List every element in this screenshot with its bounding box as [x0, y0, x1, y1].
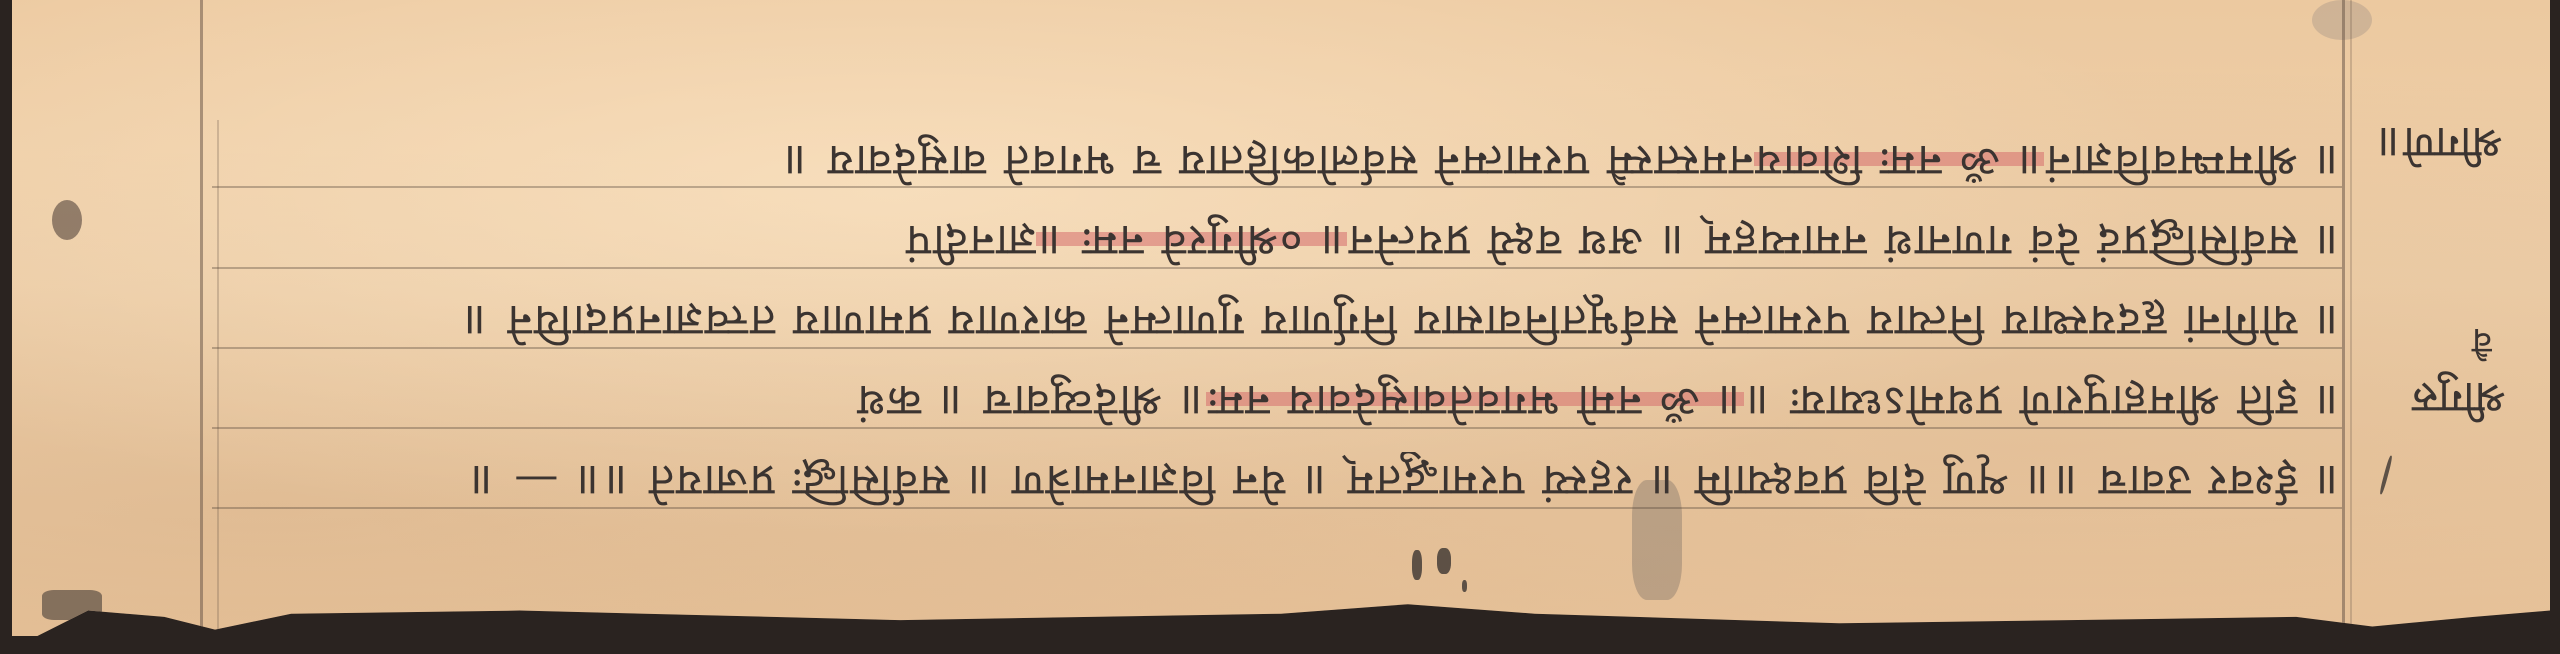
- text-line-1: ॥ श्रीमम्भवविज्ञानं ॥ ॐ नमः शिवाय नमस्तस…: [212, 132, 2342, 188]
- text-line-3: ॥ योगिनां हृदयस्थाय नित्याय परमात्मने सर…: [212, 292, 2342, 348]
- text-line-5: ॥ ईश्वर उवाच ॥ ॥ शृणु देवि प्रवक्ष्यामि …: [212, 452, 2342, 508]
- right-margin-rule-2: [2350, 0, 2352, 636]
- ink-stroke: [2379, 455, 2393, 495]
- ink-speck: [1462, 580, 1467, 592]
- paper-stain: [42, 590, 102, 620]
- text-line-4: ॥ इति श्रीमहापुराणे प्रथमोऽध्यायः ॥ ॥ ॐ …: [212, 372, 2342, 428]
- highlighted-text-segment: ॥ ॐ नमो भगवते: [1446, 372, 1744, 428]
- text-line-2: ॥ सर्वसिद्धिप्रदं देवं गणनाथं नमाम्यहम् …: [212, 212, 2342, 268]
- manuscript-photo: ॥ श्रीमम्भवविज्ञानं ॥ ॐ नमः शिवाय नमस्तस…: [0, 0, 2560, 654]
- text-segment: ॥ ईश्वर उवाच ॥: [2053, 452, 2342, 508]
- text-segment: ॥ श्रीदेव्युवाच ॥ कथं: [856, 372, 1207, 428]
- text-segment: ॥ — ॥: [468, 452, 603, 508]
- highlighted-text-segment: वासुदेवाय नमः: [1206, 372, 1446, 428]
- text-segment: ॥ श्रीमम्भवविज्ञानं: [2044, 132, 2342, 188]
- ink-speck: [1412, 550, 1422, 580]
- margin-note-folio-title: श्रीगणे॥: [2377, 115, 2503, 175]
- text-segment: नमस्तस्मै परमात्मने सर्वलोकहिताय च भगवते…: [782, 132, 1754, 188]
- text-segment: ज्ञानदीपं: [904, 212, 1036, 268]
- text-segment: ॥ शृणु देवि प्रवक्ष्यामि ॥ रहस्यं परमाद्…: [603, 452, 2053, 508]
- margin-note-small: वै: [2472, 318, 2492, 367]
- text-segment: ॥ सर्वसिद्धिप्रदं देवं गणनाथं नमाम्यहम् …: [1347, 212, 2342, 268]
- right-margin-rule: [2342, 0, 2345, 636]
- text-segment: ॥ इति श्रीमहापुराणे प्रथमोऽध्यायः ॥: [1744, 372, 2342, 428]
- highlighted-text-segment: ॥ ०श्रीगुरवे नमः ॥: [1036, 212, 1347, 268]
- ink-speck: [1437, 548, 1451, 574]
- text-segment: ॥ योगिनां हृदयस्थाय नित्याय परमात्मने सर…: [461, 292, 2342, 348]
- left-margin-rule: [200, 0, 203, 630]
- manuscript-folio: ॥ श्रीमम्भवविज्ञानं ॥ ॐ नमः शिवाय नमस्तस…: [12, 0, 2550, 636]
- margin-note-folio-number: श्रीगुरु: [2412, 370, 2506, 430]
- highlighted-text-segment: ॥ ॐ नमः शिवाय: [1754, 132, 2045, 188]
- paper-stain: [52, 200, 82, 240]
